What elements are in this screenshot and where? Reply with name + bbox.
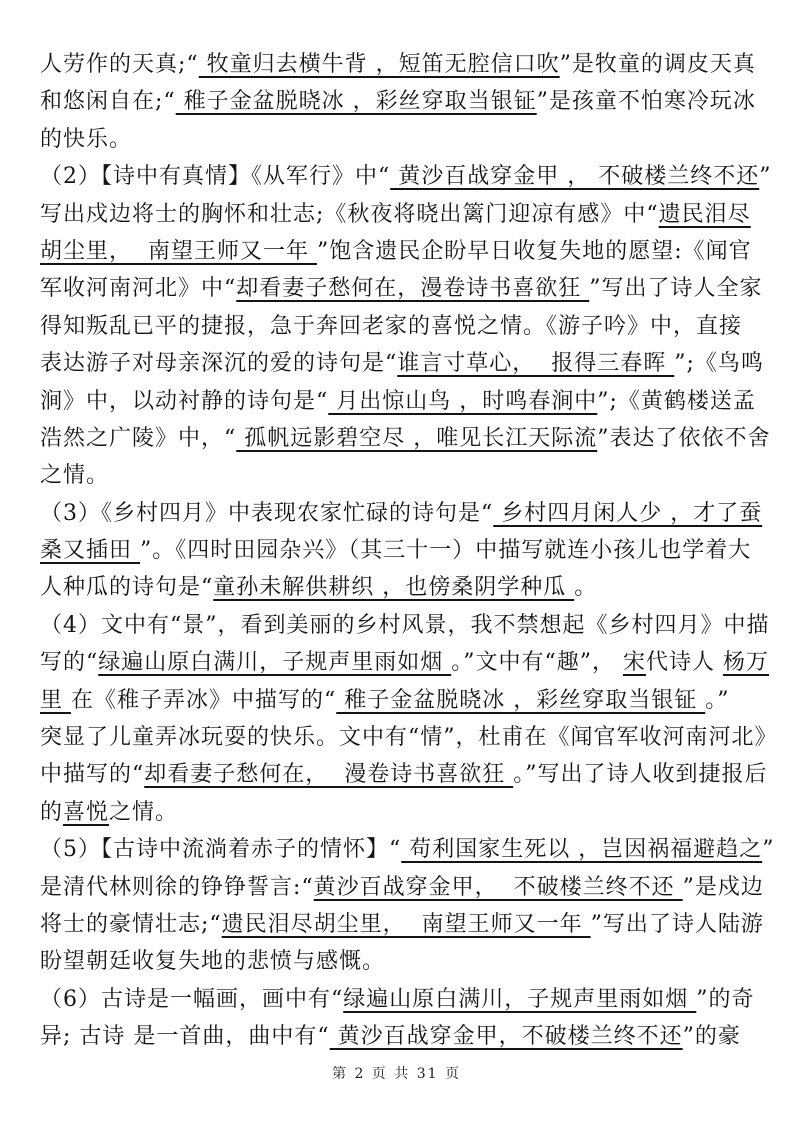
answer-underline: 黄沙百战穿金甲，不破楼兰终不还 [330,1024,683,1049]
text-run: ”是戍边 [683,875,764,900]
answer-underline: 遗民泪尽 [659,202,751,227]
answer-underline: 却看妻子愁何在，漫卷诗书喜欲狂 [236,276,589,301]
text-line: （2）【诗中有真情】《从军行》中“ 黄沙百战穿金甲 ， 不破楼兰终不还” [40,158,754,195]
answer-underline: 胡尘里， 南望王师又一年 [40,239,317,264]
text-run: 。” [705,688,729,713]
text-line: 写的“绿遍山原白满川，子规声里雨如烟 。”文中有“趣”， 宋代诗人 杨万 [40,644,754,681]
text-run: ”是孩童不怕寒冷玩冰 [537,89,756,114]
text-run: 写出戍边将士的胸怀和壮志;《秋夜将晓出篱门迎凉有感》中“ [40,202,659,227]
text-line: 胡尘里， 南望王师又一年 ”饱含遗民企盼早日收复失地的愿望:《闻官 [40,233,754,270]
text-run: 人劳作的天真;“ [40,52,199,77]
text-line: 异; 古诗 是一首曲，曲中有“ 黄沙百战穿金甲，不破楼兰终不还”的豪 [40,1018,754,1055]
answer-underline: 遗民泪尽胡尘里， 南望王师又一年 [222,912,591,937]
text-run: （3）《乡村四月》中表现农家忙碌的诗句是“ [40,501,493,526]
text-line: 人种瓜的诗句是“童孙未解供耕织 ，也傍桑阴学种瓜 。 [40,569,754,606]
text-line: 将士的豪情壮志;“遗民泪尽胡尘里， 南望王师又一年 ”写出了诗人陆游 [40,906,754,943]
text-run: ”;《黄鹤楼送孟 [597,389,756,414]
text-line: 桑又插田 ”。《四时田园杂兴》（其三十一）中描写就连小孩儿也学着大 [40,532,754,569]
text-line: 和悠闲自在;“ 稚子金盆脱晓冰 ，彩丝穿取当银钲”是孩童不怕寒冷玩冰 [40,83,754,120]
text-run: 中描写的“ [40,762,144,787]
answer-underline: 桑又插田 [40,538,140,563]
text-run: 是清代林则徐的铮铮誓言:“ [40,875,314,900]
answer-underline: 绿遍山原白满川，子规声里雨如烟 [343,987,696,1012]
text-line: 表达游子对母亲深沉的爱的诗句是“谁言寸草心， 报得三春晖 ”;《鸟鸣 [40,345,754,382]
text-line: 浩然之广陵》中，“ 孤帆远影碧空尽 ，唯见长江天际流”表达了依依不舍 [40,420,754,457]
text-line: 突显了儿童弄冰玩耍的快乐。文中有“情”，杜甫在《闻官军收河南河北》 [40,719,754,756]
text-run: ”的奇 [696,987,754,1012]
answer-underline: 月出惊山鸟 ，时鸣春涧中 [328,389,597,414]
text-run: ” [762,837,774,862]
text-run: 表达游子对母亲深沉的爱的诗句是“ [40,351,397,376]
text-run: ”写出了诗人全家 [589,276,762,301]
text-run: （2）【诗中有真情】《从军行》中“ [40,164,390,189]
text-run: ” [759,164,771,189]
text-run: 得知叛乱已平的捷报，急于奔回老家的喜悦之情。《游子吟》中，直接 [40,314,742,339]
answer-underline: 乡村四月闲人少 ，才了蚕 [493,501,762,526]
text-run: 在《稚子弄冰》中描写的“ [71,688,336,713]
text-line: （3）《乡村四月》中表现农家忙碌的诗句是“ 乡村四月闲人少 ，才了蚕 [40,495,754,532]
text-run: 人种瓜的诗句是“ [40,575,213,600]
text-run: 突显了儿童弄冰玩耍的快乐。文中有“情”，杜甫在《闻官军收河南河北》 [40,725,778,750]
text-line: 人劳作的天真;“ 牧童归去横牛背 ，短笛无腔信口吹”是牧童的调皮天真 [40,46,754,83]
text-run: （4）文中有“景”，看到美丽的乡村风景，我不禁想起《乡村四月》中描 [40,613,770,638]
text-run: ”。《四时田园杂兴》（其三十一）中描写就连小孩儿也学着大 [140,538,751,563]
text-line: 是清代林则徐的铮铮誓言:“黄沙百战穿金甲， 不破楼兰终不还 ”是戍边 [40,869,754,906]
text-run: （6）古诗是一幅画，画中有“ [40,987,343,1012]
text-run: 涧》中，以动衬静的诗句是“ [40,389,328,414]
text-run: 和悠闲自在;“ [40,89,176,114]
answer-underline: 黄沙百战穿金甲， 不破楼兰终不还 [314,875,683,900]
answer-underline: 苟利国家生死以 ，岂因祸福避趋之 [401,837,762,862]
text-run: 的快乐。 [40,127,132,152]
text-run: （5）【古诗中流淌着赤子的情怀】“ [40,837,401,862]
answer-underline: 里 [40,688,71,713]
text-run: ”是牧童的调皮天真 [560,52,756,77]
answer-underline: 谁言寸草心， 报得三春晖 [397,351,674,376]
text-line: （6）古诗是一幅画，画中有“绿遍山原白满川，子规声里雨如烟 ”的奇 [40,981,754,1018]
text-line: 盼望朝廷收复失地的悲愤与感慨。 [40,943,754,980]
text-run: ”表达了依依不舍 [597,426,770,451]
text-line: 的快乐。 [40,121,754,158]
text-run: 代诗人 [646,650,723,675]
text-line: （4）文中有“景”，看到美丽的乡村风景，我不禁想起《乡村四月》中描 [40,607,754,644]
text-run: ”写出了诗人陆游 [591,912,764,937]
text-run: ”的豪 [683,1024,741,1049]
text-run: 。”文中有“趣”， [451,650,623,675]
document-body: 人劳作的天真;“ 牧童归去横牛背 ，短笛无腔信口吹”是牧童的调皮天真和悠闲自在;… [40,46,754,1056]
document-page: 人劳作的天真;“ 牧童归去横牛背 ，短笛无腔信口吹”是牧童的调皮天真和悠闲自在;… [0,0,793,1122]
text-line: 写出戍边将士的胸怀和壮志;《秋夜将晓出篱门迎凉有感》中“遗民泪尽 [40,196,754,233]
text-run: 将士的豪情壮志;“ [40,912,222,937]
text-run: 的 [40,800,63,825]
text-run: 异; 古诗 是一首曲，曲中有“ [40,1024,330,1049]
text-line: 之情。 [40,457,754,494]
text-run: ”饱含遗民企盼早日收复失地的愿望:《闻官 [317,239,752,264]
text-line: 军收河南河北》中“却看妻子愁何在，漫卷诗书喜欲狂 ”写出了诗人全家 [40,270,754,307]
text-line: 中描写的“却看妻子愁何在， 漫卷诗书喜欲狂 。”写出了诗人收到捷报后 [40,756,754,793]
answer-underline: 稚子金盆脱晓冰 ，彩丝穿取当银钲 [176,89,537,114]
page-number-text: 第 2 页 共 31 页 [332,1066,461,1082]
answer-underline: 黄沙百战穿金甲 ， 不破楼兰终不还 [390,164,759,189]
text-line: 涧》中，以动衬静的诗句是“ 月出惊山鸟 ，时鸣春涧中”;《黄鹤楼送孟 [40,383,754,420]
answer-underline: 稚子金盆脱晓冰 ，彩丝穿取当银钲 [336,688,705,713]
answer-underline: 宋 [623,650,646,675]
answer-underline: 童孙未解供耕织 ，也傍桑阴学种瓜 [213,575,574,600]
text-run: 盼望朝廷收复失地的悲愤与感慨。 [40,949,385,974]
answer-underline: 牧童归去横牛背 ，短笛无腔信口吹 [199,52,560,77]
answer-underline: 杨万 [723,650,769,675]
text-run: 之情。 [40,463,109,488]
text-line: 得知叛乱已平的捷报，急于奔回老家的喜悦之情。《游子吟》中，直接 [40,308,754,345]
text-line: 的喜悦之情。 [40,794,754,831]
page-footer: 第 2 页 共 31 页 [0,1063,793,1083]
text-line: 里 在《稚子弄冰》中描写的“ 稚子金盆脱晓冰 ，彩丝穿取当银钲 。” [40,682,754,719]
answer-underline: 喜悦 [63,800,109,825]
text-line: （5）【古诗中流淌着赤子的情怀】“ 苟利国家生死以 ，岂因祸福避趋之” [40,831,754,868]
text-run: 。”写出了诗人收到捷报后 [513,762,767,787]
text-run: 浩然之广陵》中，“ [40,426,236,451]
text-run: 写的“ [40,650,98,675]
answer-underline: 却看妻子愁何在， 漫卷诗书喜欲狂 [144,762,513,787]
answer-underline: 绿遍山原白满川，子规声里雨如烟 [98,650,451,675]
text-run: 之情。 [109,800,178,825]
text-run: 军收河南河北》中“ [40,276,236,301]
text-run: 。 [574,575,597,600]
answer-underline: 孤帆远影碧空尽 ，唯见长江天际流 [236,426,597,451]
text-run: ”;《鸟鸣 [674,351,764,376]
